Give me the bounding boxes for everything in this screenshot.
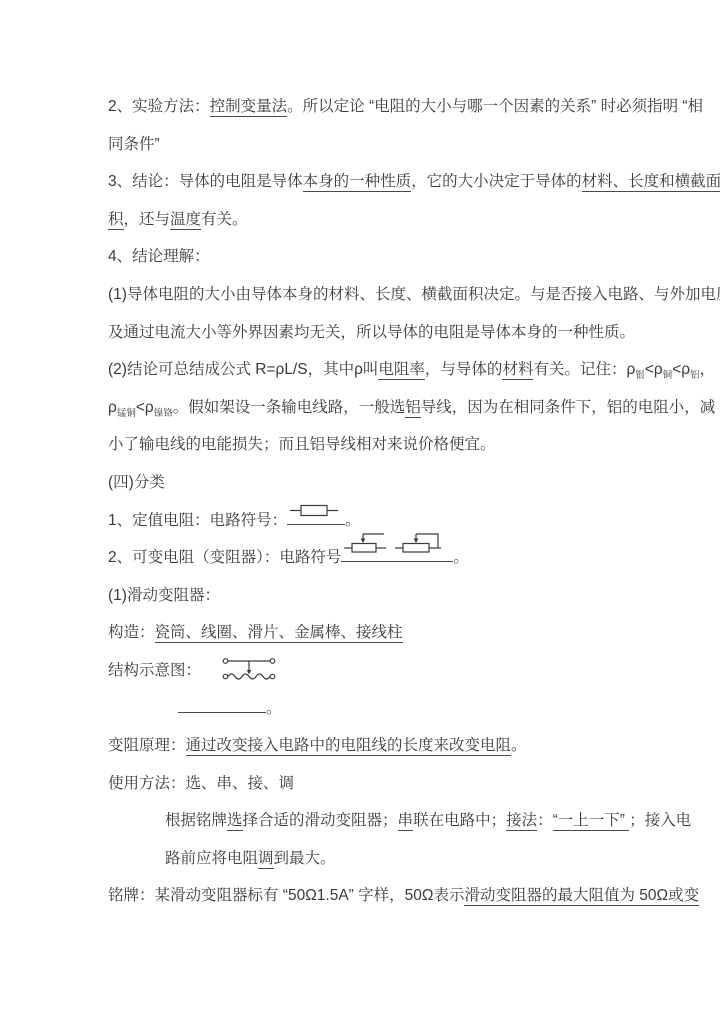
text: ，还与 — [124, 211, 171, 228]
text: 择合适的滑动变阻器； — [243, 812, 398, 829]
underlined-text: 温度 — [170, 211, 201, 230]
underlined-text: 控制变量法 — [210, 98, 288, 117]
text: <ρ — [645, 361, 663, 378]
fixed-resistor-symbol-icon — [290, 504, 338, 517]
text: 。 — [511, 737, 527, 754]
text: 4、结论理解： — [108, 248, 210, 265]
text: 使用方法：选、串、接、调 — [108, 775, 294, 792]
underlined-text: 调 — [258, 850, 274, 869]
line-understanding-point1: (1)导体电阻的大小由导体本身的材料、长度、横截面积决定。与是否接入电路、与外加… — [108, 276, 638, 314]
underlined-text: “一上一下” — [553, 812, 630, 831]
text: ρ — [108, 399, 117, 416]
line-nameplate: 铭牌：某滑动变阻器标有 “50Ω1.5A” 字样，50Ω表示滑动变阻器的最大阻值… — [108, 877, 638, 915]
line-conclusion-understanding-heading: 4、结论理解： — [108, 238, 638, 276]
text: 。 — [453, 549, 469, 566]
answer-blank-fixed-resistor — [287, 509, 345, 525]
line-text: 2、可变电阻（变阻器）：电路符号 — [108, 549, 341, 566]
text: 。所以定论 “电阻的大小与哪一个因素的关系” 时必须指明 “相 — [287, 98, 703, 115]
underlined-text: 材料、长度和横截面 — [582, 173, 720, 192]
text: 铭牌：某滑动变阻器标有 “50Ω1.5A” 字样，50Ω表示 — [108, 887, 464, 904]
rheostat-symbol-arrow-icon — [344, 530, 386, 554]
rheostat-symbol-bracket-icon — [395, 530, 441, 554]
text: ， — [700, 361, 716, 378]
text: ，它的大小决定于导体的 — [411, 173, 582, 190]
text: 联在电路中； — [413, 812, 506, 829]
line-conclusion-cont: 积，还与温度有关。 — [108, 201, 638, 239]
text: 到最大。 — [274, 850, 336, 867]
text: (1)导体电阻的大小由导体本身的材料、长度、横截面积决定。与是否接入电路、与外加… — [108, 286, 720, 303]
underlined-text: 串 — [398, 812, 414, 831]
rheostat-structure-diagram — [221, 656, 277, 682]
text: 有关。 — [201, 211, 248, 228]
document-page: 2、实验方法：控制变量法。所以定论 “电阻的大小与哪一个因素的关系” 时必须指明… — [108, 88, 638, 915]
underlined-text: 本身的一种性质 — [303, 173, 412, 192]
text: 。 — [266, 700, 282, 717]
answer-blank-rheostat — [341, 546, 453, 562]
line-text: 。 — [266, 700, 282, 717]
line-understanding-point2-cont2: 小了输电线的电能损失；而且铝导线相对来说价格便宜。 — [108, 426, 638, 464]
text: ；接入电 — [629, 812, 691, 829]
line-text: 。 — [453, 549, 469, 566]
text: 2、可变电阻（变阻器）：电路符号 — [108, 549, 341, 566]
underlined-text: 积 — [108, 211, 124, 230]
line-experiment-method: 2、实验方法：控制变量法。所以定论 “电阻的大小与哪一个因素的关系” 时必须指明… — [108, 88, 638, 126]
line-sliding-rheostat-heading: (1)滑动变阻器： — [108, 577, 638, 615]
subscript-text: 锰铜 — [117, 408, 136, 419]
text: 根据铭牌 — [165, 812, 227, 829]
underlined-text: 电阻率 — [378, 361, 425, 380]
text: ，与导体的 — [425, 361, 503, 378]
line-understanding-point1-cont: 及通过电流大小等外界因素均无关，所以导体的电阻是导体本身的一种性质。 — [108, 314, 638, 352]
underlined-text: 接法 — [506, 812, 537, 831]
line-blank-answer: 。 — [108, 690, 638, 728]
subscript-text: 银 — [635, 370, 645, 381]
line-variable-resistor: 2、可变电阻（变阻器）：电路符号。 — [108, 539, 638, 577]
line-experiment-method-cont: 同条件” — [108, 126, 638, 164]
text: 同条件” — [108, 136, 160, 153]
text: 构造： — [108, 624, 155, 641]
text: 导线，因为在相同条件下，铝的电阻小，减 — [421, 399, 716, 416]
text: <ρ — [136, 399, 154, 416]
line-usage-detail-cont: 路前应将电阻调到最大。 — [108, 840, 638, 878]
text: 1、定值电阻：电路符号： — [108, 512, 287, 529]
subscript-text: 铝 — [690, 370, 700, 381]
text: (四)分类 — [108, 474, 165, 491]
text: 及通过电流大小等外界因素均无关，所以导体的电阻是导体本身的一种性质。 — [108, 324, 635, 341]
text: 有关。记住：ρ — [533, 361, 635, 378]
line-structure-diagram: 结构示意图： — [108, 652, 638, 690]
line-usage-detail: 根据铭牌选择合适的滑动变阻器；串联在电路中；接法：“一上一下” ；接入电 — [108, 802, 638, 840]
line-conclusion: 3、结论：导体的电阻是导体本身的一种性质，它的大小决定于导体的材料、长度和横截面 — [108, 163, 638, 201]
text: 路前应将电阻 — [165, 850, 258, 867]
text: ： — [537, 812, 553, 829]
line-usage-method: 使用方法：选、串、接、调 — [108, 765, 638, 803]
line-classification-heading: (四)分类 — [108, 464, 638, 502]
text: <ρ — [672, 361, 690, 378]
text: 变阻原理： — [108, 737, 186, 754]
line-understanding-point2: (2)结论可总结成公式 R=ρL/S，其中ρ叫电阻率，与导体的材料有关。记住：ρ… — [108, 351, 638, 389]
subscript-text: 铜 — [663, 370, 673, 381]
underlined-text: 材料 — [502, 361, 533, 380]
line-text: 1、定值电阻：电路符号： — [108, 512, 287, 529]
text: (2)结论可总结成公式 R=ρL/S，其中ρ叫 — [108, 361, 378, 378]
line-construction: 构造：瓷筒、线圈、滑片、金属棒、接线柱 — [108, 614, 638, 652]
text: 结构示意图： — [108, 662, 201, 679]
line-understanding-point2-cont: ρ锰铜<ρ镍铬。假如架设一条输电线路，一般选铝导线，因为在相同条件下，铝的电阻小… — [108, 389, 638, 427]
line-principle: 变阻原理：通过改变接入电路中的电阻线的长度来改变电阻。 — [108, 727, 638, 765]
text: (1)滑动变阻器： — [108, 587, 220, 604]
text: 2、实验方法： — [108, 98, 210, 115]
underlined-text: 滑动变阻器的最大阻值为 50Ω或变 — [464, 887, 699, 906]
underlined-text: 选 — [227, 812, 243, 831]
underlined-text: 瓷筒、线圈、滑片、金属棒、接线柱 — [155, 624, 403, 643]
text: 小了输电线的电能损失；而且铝导线相对来说价格便宜。 — [108, 436, 496, 453]
line-text: 结构示意图： — [108, 662, 201, 679]
subscript-text: 镍铬 — [154, 408, 173, 419]
underlined-text: 铝 — [405, 399, 421, 418]
underlined-text: 通过改变接入电路中的电阻线的长度来改变电阻 — [186, 737, 512, 756]
text: 3、结论：导体的电阻是导体 — [108, 173, 303, 190]
answer-blank-underline — [178, 698, 266, 713]
text: 。假如架设一条输电线路，一般选 — [173, 399, 406, 416]
